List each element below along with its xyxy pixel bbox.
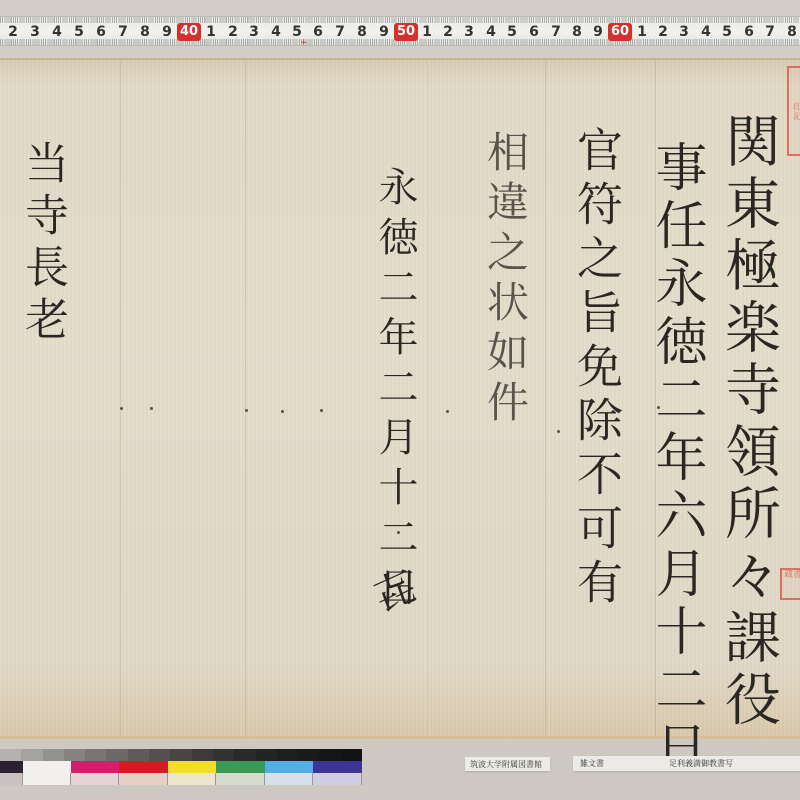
white-swatch: [23, 761, 71, 773]
ruler-number: 9: [377, 23, 391, 41]
gray-swatch: [341, 749, 362, 761]
ruler-number: 6: [742, 23, 756, 41]
ruler-number: 2: [441, 23, 455, 41]
gray-swatch: [64, 749, 85, 761]
ruler-number: 3: [28, 23, 42, 41]
ruler-number: 4: [484, 23, 498, 41]
ruler-number: 8: [355, 23, 369, 41]
cyan-pale-swatch: [265, 773, 313, 785]
gray-swatch: [234, 749, 255, 761]
catalog-category: 雑文書: [580, 758, 604, 769]
measuring-ruler: 2345678940123456789501234567896012345678…: [0, 16, 800, 46]
gray-swatch: [43, 749, 64, 761]
color-calibration-chart: [0, 749, 362, 790]
magenta-swatch: [71, 761, 119, 773]
gray-swatch: [85, 749, 106, 761]
black-pale-swatch: [0, 773, 23, 785]
green-swatch: [216, 761, 265, 773]
magenta-pale-swatch: [71, 773, 119, 785]
paper-fold-line: [245, 60, 246, 736]
date-column: 永徳二年二月十二日: [375, 166, 415, 616]
ruler-number: 7: [549, 23, 563, 41]
blue-swatch: [313, 761, 362, 773]
ruler-number: 2: [656, 23, 670, 41]
gray-swatch: [149, 749, 170, 761]
catalog-label: 雑文書 足利義満御教書写: [573, 756, 800, 771]
gray-swatch: [106, 749, 127, 761]
library-name: 筑波大学附属図書館: [470, 759, 542, 770]
ruler-number: 5: [720, 23, 734, 41]
ruler-number: 1: [635, 23, 649, 41]
gray-swatch: [21, 749, 42, 761]
paper-seam: [428, 60, 430, 736]
ruler-number: 3: [677, 23, 691, 41]
ruler-number: 3: [247, 23, 261, 41]
ink-dot: [446, 410, 449, 413]
gray-swatch: [298, 749, 319, 761]
ruler-number: 1: [420, 23, 434, 41]
ruler-number: 5: [505, 23, 519, 41]
ink-dot: [557, 430, 560, 433]
ruler-number: 40: [177, 23, 201, 41]
ruler-number: 4: [50, 23, 64, 41]
ruler-number: 6: [311, 23, 325, 41]
gray-swatch: [128, 749, 149, 761]
color-swatch-strip: [0, 761, 362, 773]
ink-dot: [320, 409, 323, 412]
red-seal-stamp-top: 印記: [787, 66, 800, 156]
library-label: 筑波大学附属図書館: [465, 757, 550, 771]
gray-swatch: [170, 749, 191, 761]
yellow-swatch: [168, 761, 216, 773]
ruler-number: 7: [116, 23, 130, 41]
ruler-number: 9: [160, 23, 174, 41]
cyan-swatch: [265, 761, 313, 773]
ink-dot: [120, 407, 123, 410]
text-column-2: 事任永徳二年六月十二日: [650, 140, 702, 778]
text-column-1: 関東極楽寺領所々課役: [720, 112, 776, 732]
ruler-number: 1: [204, 23, 218, 41]
ruler-number: 60: [608, 23, 632, 41]
ruler-number: 50: [394, 23, 418, 41]
ruler-center-mark: +: [300, 38, 308, 46]
ruler-number: 7: [333, 23, 347, 41]
ruler-number: 4: [699, 23, 713, 41]
paper-fold-line: [120, 60, 121, 736]
text-column-4: 相違之状如件: [484, 130, 526, 430]
pale-swatch-strip: [0, 773, 362, 785]
gray-swatch: [192, 749, 213, 761]
blue-pale-swatch: [313, 773, 362, 785]
addressee-column: 当寺長老: [20, 140, 64, 348]
gray-swatch: [277, 749, 298, 761]
ruler-number: 6: [94, 23, 108, 41]
ruler-number: 5: [72, 23, 86, 41]
gray-swatch: [319, 749, 340, 761]
ruler-number: 7: [763, 23, 777, 41]
red-seal-stamp-mid: 蔵書: [780, 568, 800, 600]
gray-swatch: [213, 749, 234, 761]
ruler-number: 2: [6, 23, 20, 41]
ruler-number: 2: [226, 23, 240, 41]
ink-dot: [245, 409, 248, 412]
catalog-title: 足利義満御教書写: [669, 758, 733, 769]
red-pale-swatch: [119, 773, 168, 785]
green-pale-swatch: [216, 773, 265, 785]
gray-swatch: [256, 749, 277, 761]
yellow-pale-swatch: [168, 773, 216, 785]
red-swatch: [119, 761, 168, 773]
ruler-number: 9: [591, 23, 605, 41]
ruler-number: 8: [785, 23, 799, 41]
ruler-number: 4: [269, 23, 283, 41]
paper-fold-line: [545, 60, 546, 736]
ruler-number: 8: [138, 23, 152, 41]
grayscale-strip: [0, 749, 362, 761]
white-pale-swatch: [23, 773, 71, 785]
ruler-number: 6: [527, 23, 541, 41]
gray-swatch: [0, 749, 21, 761]
black-swatch: [0, 761, 23, 773]
ruler-number: 8: [570, 23, 584, 41]
ink-dot: [281, 410, 284, 413]
ruler-number: 3: [462, 23, 476, 41]
text-column-3: 官符之旨免除不可有: [574, 126, 620, 612]
ink-dot: [150, 407, 153, 410]
